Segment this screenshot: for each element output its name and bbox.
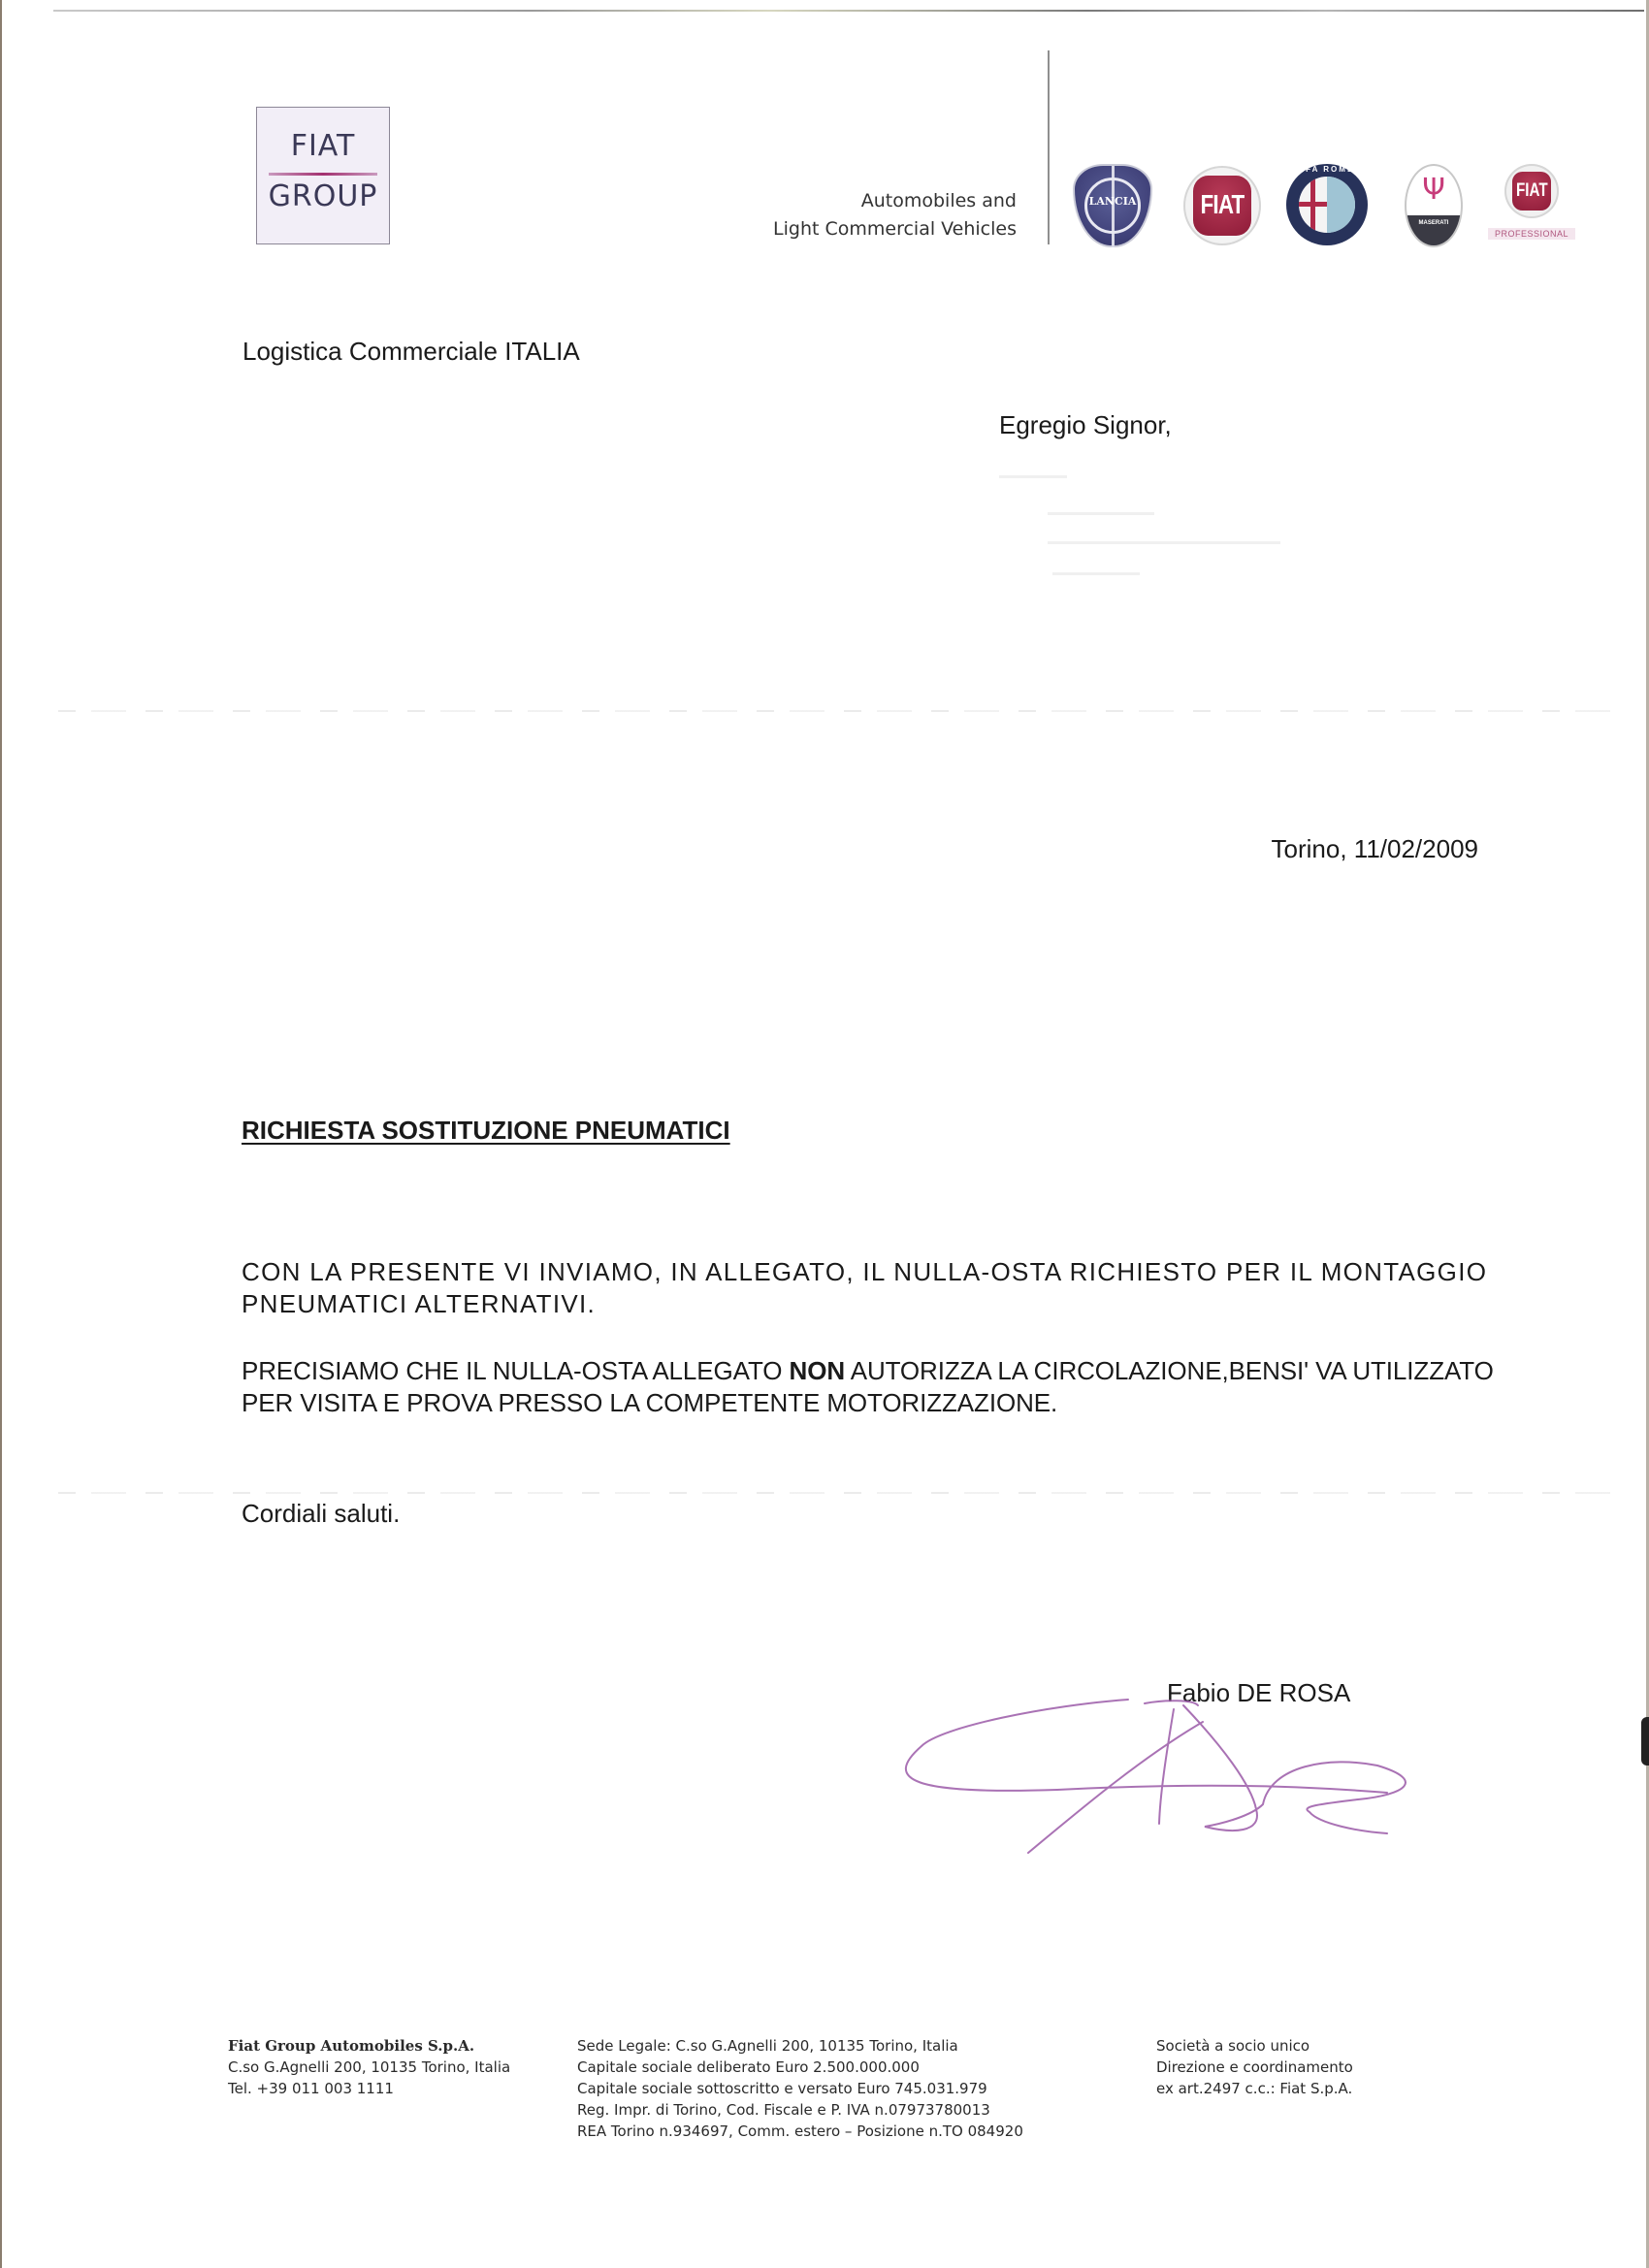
- footer-company-address: C.so G.Agnelli 200, 10135 Torino, Italia: [228, 2057, 510, 2078]
- fiat-professional-badge-inner: FIAT: [1512, 172, 1551, 211]
- logo-word-2: GROUP: [257, 179, 389, 213]
- fiat-label: FIAT: [1199, 189, 1245, 220]
- footer-legal-line: Capitale sociale sottoscritto e versato …: [577, 2078, 1023, 2099]
- fiat-group-logo: FIAT GROUP: [256, 107, 390, 244]
- scan-top-line: [53, 10, 1644, 12]
- scan-faint-line: [58, 1492, 1610, 1494]
- lancia-label: LANCIA: [1075, 195, 1150, 208]
- redacted-address-line: [1048, 541, 1280, 544]
- redacted-address-line: [1052, 572, 1140, 575]
- footer-legal-block: Sede Legale: C.so G.Agnelli 200, 10135 T…: [577, 2035, 1023, 2142]
- footer-governance-line: Società a socio unico: [1156, 2035, 1353, 2057]
- maserati-label: MASERATI: [1406, 220, 1461, 226]
- body-paragraph-2: PRECISIAMO CHE IL NULLA-OSTA ALLEGATO NO…: [242, 1355, 1503, 1419]
- tagline-line-1: Automobiles and: [773, 187, 1017, 215]
- footer-company-block: Fiat Group Automobiles S.p.A. C.so G.Agn…: [228, 2035, 510, 2099]
- sender-department: Logistica Commerciale ITALIA: [242, 337, 580, 367]
- brand-logos: LANCIA FIAT ALFA ROMEO Ψ MASERATI FIAT P…: [1071, 160, 1575, 252]
- footer-company-phone: Tel. +39 011 003 1111: [228, 2078, 510, 2099]
- footer-governance-line: Direzione e coordinamento: [1156, 2057, 1353, 2078]
- fiat-badge-inner: FIAT: [1193, 176, 1251, 236]
- fiat-professional-logo-icon: FIAT PROFESSIONAL: [1488, 160, 1575, 252]
- fiat-logo-icon: FIAT: [1183, 166, 1261, 245]
- footer-company-name: Fiat Group Automobiles S.p.A.: [228, 2035, 510, 2057]
- signature-icon: [902, 1688, 1523, 1872]
- redacted-address-line: [999, 475, 1067, 478]
- trident-icon: Ψ: [1406, 176, 1461, 205]
- footer-legal-line: Sede Legale: C.so G.Agnelli 200, 10135 T…: [577, 2035, 1023, 2057]
- scan-blot: [1641, 1717, 1649, 1766]
- footer-legal-line: REA Torino n.934697, Comm. estero – Posi…: [577, 2121, 1023, 2142]
- footer-governance-line: ex art.2497 c.c.: Fiat S.p.A.: [1156, 2078, 1353, 2099]
- footer-governance-block: Società a socio unico Direzione e coordi…: [1156, 2035, 1353, 2099]
- header-divider: [1048, 50, 1050, 244]
- closing: Cordiali saluti.: [242, 1499, 400, 1529]
- scan-edge-left: [0, 0, 2, 2268]
- alfa-biscione: [1327, 177, 1355, 233]
- salutation: Egregio Signor,: [999, 410, 1172, 440]
- alfa-cross-h: [1299, 202, 1327, 207]
- footer-legal-line: Reg. Impr. di Torino, Cod. Fiscale e P. …: [577, 2099, 1023, 2121]
- scan-faint-line: [58, 710, 1610, 712]
- alfa-romeo-label: ALFA ROMEO: [1286, 165, 1368, 174]
- alfa-romeo-shield: [1299, 177, 1355, 233]
- fiat-professional-label: FIAT: [1516, 180, 1547, 202]
- subject-line: RICHIESTA SOSTITUZIONE PNEUMATICI: [242, 1116, 730, 1146]
- maserati-logo-icon: Ψ MASERATI: [1405, 164, 1463, 247]
- fiat-professional-badge: FIAT: [1504, 164, 1559, 218]
- tagline-line-2: Light Commercial Vehicles: [773, 215, 1017, 243]
- paragraph-2-emphasis: NON: [790, 1356, 845, 1385]
- professional-sublabel: PROFESSIONAL: [1488, 228, 1575, 240]
- logo-divider: [269, 173, 377, 176]
- place-date: Torino, 11/02/2009: [1272, 834, 1478, 864]
- body-paragraph-1: CON LA PRESENTE VI INVIAMO, IN ALLEGATO,…: [242, 1256, 1493, 1320]
- footer-legal-line: Capitale sociale deliberato Euro 2.500.0…: [577, 2057, 1023, 2078]
- alfa-romeo-logo-icon: ALFA ROMEO: [1286, 164, 1368, 245]
- lancia-logo-icon: LANCIA: [1073, 164, 1152, 247]
- redacted-address-line: [1048, 512, 1154, 515]
- paragraph-2-start: PRECISIAMO CHE IL NULLA-OSTA ALLEGATO: [242, 1356, 790, 1385]
- logo-word-1: FIAT: [257, 129, 389, 163]
- division-tagline: Automobiles and Light Commercial Vehicle…: [773, 187, 1017, 243]
